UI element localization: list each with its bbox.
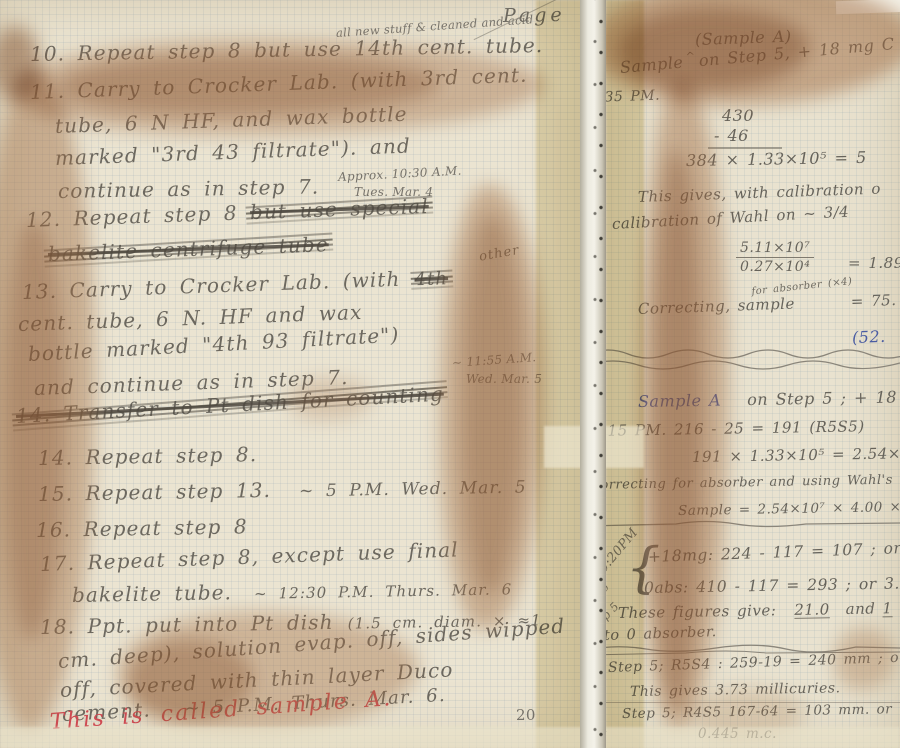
arith-430: 430 (722, 106, 754, 125)
binding-gutter (580, 0, 606, 748)
step-16-line: 16. Repeat step 8 (36, 514, 248, 542)
notebook-scan: Page 4. all new stuff & cleaned and acid… (0, 0, 900, 748)
fraction-denominator: 0.27×10⁴ (736, 258, 814, 275)
scan-edge-sliver (836, 0, 900, 14)
fraction-511e7: 5.11×10⁷0.27×10⁴ (736, 240, 814, 275)
fraction-result: = 1.89× (848, 254, 900, 272)
page-number-left: 20 (516, 706, 536, 724)
tape-strip-right-page (606, 0, 644, 748)
step-13-struck-word: 4th (414, 268, 448, 290)
calc-191-line: 191 × 1.33×10⁵ = 2.54× (692, 444, 900, 466)
arith-result-line: 384 × 1.33×10⁵ = 5 (686, 148, 867, 170)
arith-sum-rule (708, 147, 782, 149)
step-17-time: ~ 12:30 P.M. Thurs. Mar. 6 (254, 580, 513, 603)
figure-value-2: 1 (882, 599, 892, 617)
fraction-numerator: 5.11×10⁷ (736, 240, 814, 258)
arith-minus-46: - 46 (714, 126, 749, 145)
caret-mark: ^ (685, 49, 696, 63)
step-13-time-note-2: Wed. Mar. 5 (466, 372, 542, 386)
figure-value-1: 21.0 (794, 600, 830, 619)
step-14-line: 14. Repeat step 8. (38, 442, 258, 470)
step-15-time: ~ 5 P.M. Wed. Mar. 5 (299, 477, 527, 501)
bottom-page-edge (0, 727, 900, 748)
blue-paren-52: (52. (852, 327, 886, 347)
tape-strip-left-page (536, 0, 582, 748)
sample-a-blue: Sample A (638, 391, 721, 411)
